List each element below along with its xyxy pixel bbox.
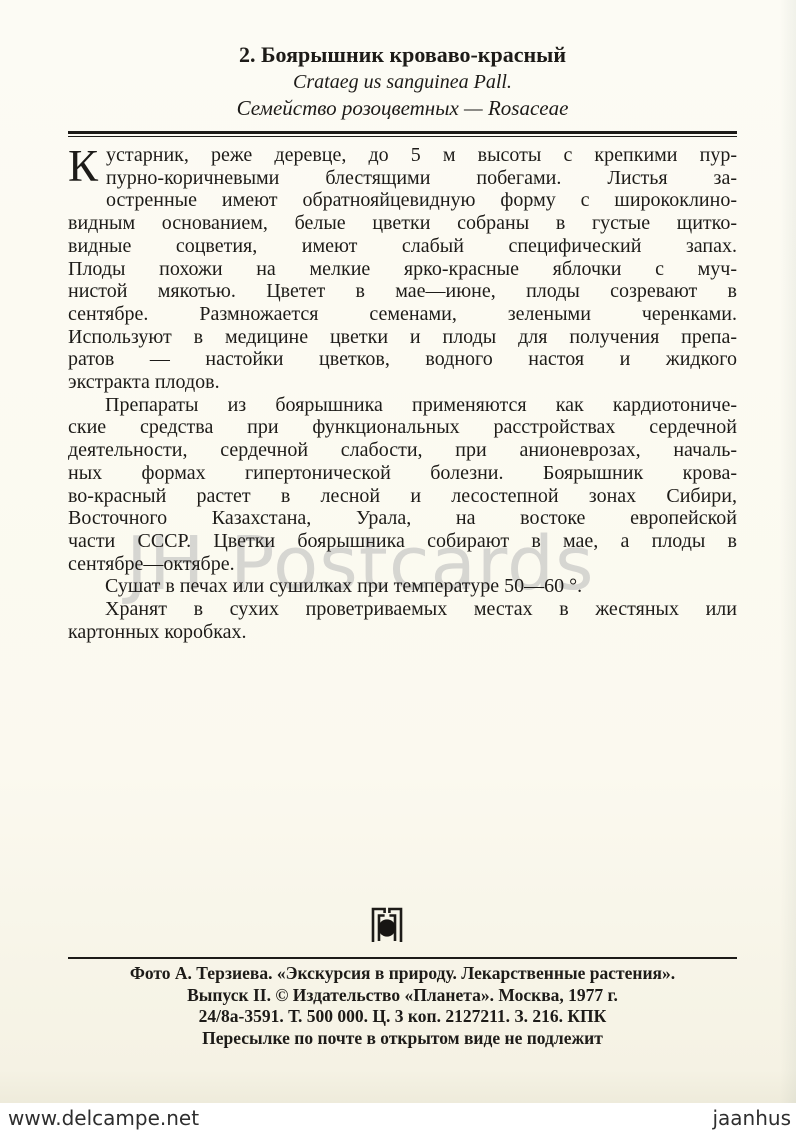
imprint-block: Фото А. Терзиева. «Экскурсия в природу. … [68,963,737,1049]
seller-watermark: jaanhus [712,1106,791,1130]
family-line: Семейство розоцветных — Rosaceae [68,95,737,122]
paragraph-1: К устарник, реже деревце, до 5 м высоты … [68,144,737,394]
article-body: К устарник, реже деревце, до 5 м высоты … [68,144,737,643]
paragraph-3-lines: Сушат в печах или сушилках при температу… [68,575,737,598]
scan-footer: www.delcampe.net jaanhus [0,1103,796,1130]
paragraph-4: Хранят в сухих проветриваемых местах в ж… [68,598,737,643]
header-divider [68,131,737,137]
paragraph-2: Препараты из боярышника применяются как … [68,394,737,576]
paragraph-2-lines: Препараты из боярышника применяются как … [68,394,737,576]
planeta-publisher-logo-icon [367,904,407,943]
printed-content: 2. Боярышник кроваво-красный Crataeg us … [68,0,737,643]
paragraph-1-lines: устарник, реже деревце, до 5 м высоты с … [68,144,737,394]
paragraph-4-lines: Хранят в сухих проветриваемых местах в ж… [68,598,737,643]
drop-cap-letter: К [68,144,106,190]
paragraph-3: Сушат в печах или сушилках при температу… [68,575,737,598]
postcard-paper: JH Postcards 2. Боярышник кроваво-красны… [0,0,796,1104]
plant-title: 2. Боярышник кроваво-красный [68,42,737,68]
imprint-divider [68,957,737,959]
imprint-lines: Фото А. Терзиева. «Экскурсия в природу. … [68,963,737,1049]
delcampe-watermark: www.delcampe.net [8,1106,199,1130]
latin-name: Crataeg us sanguinea Pall. [68,69,737,95]
postcard-back-scan: JH Postcards 2. Боярышник кроваво-красны… [0,0,796,1130]
